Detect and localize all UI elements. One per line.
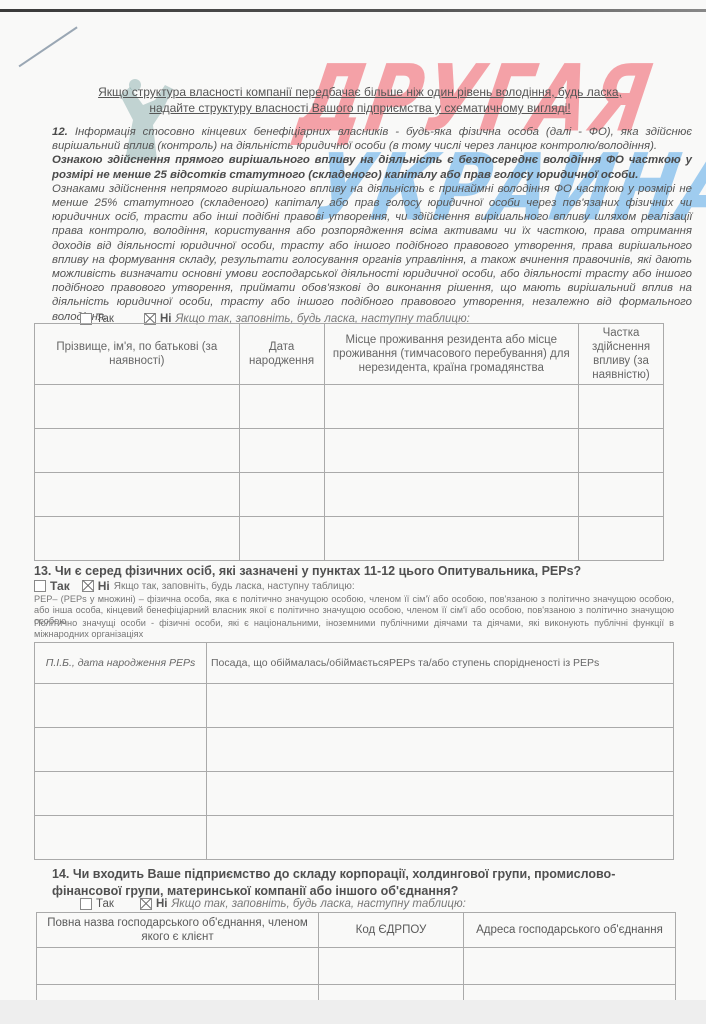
table-cell[interactable] xyxy=(207,728,674,772)
ownership-structure-note: Якщо структура власності компанії передб… xyxy=(60,84,660,116)
table-cell[interactable] xyxy=(579,517,664,561)
table-cell[interactable] xyxy=(207,772,674,816)
table-cell[interactable] xyxy=(35,385,240,429)
col-group-name: Повна назва господарського об'єднання, ч… xyxy=(37,913,319,948)
politically-exposed-definition: Політично значущі особи - фізичні особи,… xyxy=(34,618,674,640)
q12-text: 12. Інформація стосовно кінцевих бенефіц… xyxy=(52,125,692,324)
scan-artifact-line xyxy=(18,26,77,67)
col-birth-date: Дата народження xyxy=(239,324,324,385)
table-cell[interactable] xyxy=(207,684,674,728)
col-pep-name-birth: П.І.Б., дата народження PEPs xyxy=(35,643,207,684)
table-cell[interactable] xyxy=(579,385,664,429)
table-cell[interactable] xyxy=(324,429,578,473)
col-pep-position: Посада, що обіймалась/обіймаєтьсяPEPs та… xyxy=(207,643,674,684)
table-cell[interactable] xyxy=(319,948,464,985)
q14-no-checkbox[interactable] xyxy=(140,898,152,910)
table-row xyxy=(35,684,674,728)
page-top-edge xyxy=(0,9,706,12)
table-row xyxy=(35,385,664,429)
q13-no-label: Ні xyxy=(98,579,110,593)
table-row xyxy=(35,473,664,517)
q14-title: 14. Чи входить Ваше підприємство до скла… xyxy=(52,866,672,900)
q14-yes-checkbox[interactable] xyxy=(80,898,92,910)
table-cell[interactable] xyxy=(324,473,578,517)
table-cell[interactable] xyxy=(239,517,324,561)
table-cell[interactable] xyxy=(35,816,207,860)
q13-yes-checkbox[interactable] xyxy=(34,580,46,592)
table-cell[interactable] xyxy=(579,473,664,517)
table-cell[interactable] xyxy=(37,948,319,985)
table-row xyxy=(35,429,664,473)
col-residence: Місце проживання резидента або місце про… xyxy=(324,324,578,385)
table-cell[interactable] xyxy=(35,517,240,561)
col-influence-share: Частка здійснення впливу (за наявністю) xyxy=(579,324,664,385)
table-cell[interactable] xyxy=(324,385,578,429)
table-cell[interactable] xyxy=(35,772,207,816)
table-row xyxy=(35,517,664,561)
table-cell[interactable] xyxy=(579,429,664,473)
table-cell[interactable] xyxy=(35,429,240,473)
peps-table: П.І.Б., дата народження PEPs Посада, що … xyxy=(34,642,674,860)
table-cell[interactable] xyxy=(35,684,207,728)
q14-yes-label: Так xyxy=(96,898,114,910)
table-cell[interactable] xyxy=(239,385,324,429)
col-group-address: Адреса господарського об'єднання xyxy=(464,913,676,948)
table-cell[interactable] xyxy=(35,728,207,772)
q13-title: 13. Чи є серед фізичних осіб, які зазнач… xyxy=(34,564,581,578)
table-row xyxy=(35,772,674,816)
q13-yes-label: Так xyxy=(50,579,70,593)
q14-hint: Якщо так, заповніть, будь ласка, наступн… xyxy=(171,898,465,910)
q13-no-checkbox[interactable] xyxy=(82,580,94,592)
q14-no-label: Ні xyxy=(156,898,168,910)
beneficial-owners-table: Прізвище, ім'я, по батькові (за наявност… xyxy=(34,323,664,561)
col-edrpou-code: Код ЄДРПОУ xyxy=(319,913,464,948)
q13-answer-row: Так Ні Якщо так, заповніть, будь ласка, … xyxy=(34,579,355,593)
table-cell[interactable] xyxy=(324,517,578,561)
table-cell[interactable] xyxy=(239,429,324,473)
table-cell[interactable] xyxy=(207,816,674,860)
q14-answer-row: Так Ні Якщо так, заповніть, будь ласка, … xyxy=(80,898,466,910)
table-cell[interactable] xyxy=(35,473,240,517)
table-row xyxy=(35,728,674,772)
q13-hint: Якщо так, заповніть, будь ласка, наступн… xyxy=(114,581,355,592)
col-full-name: Прізвище, ім'я, по батькові (за наявност… xyxy=(35,324,240,385)
table-cell[interactable] xyxy=(464,948,676,985)
table-cell[interactable] xyxy=(239,473,324,517)
table-row xyxy=(37,948,676,985)
page-bottom-edge xyxy=(0,1000,706,1024)
table-row xyxy=(35,816,674,860)
